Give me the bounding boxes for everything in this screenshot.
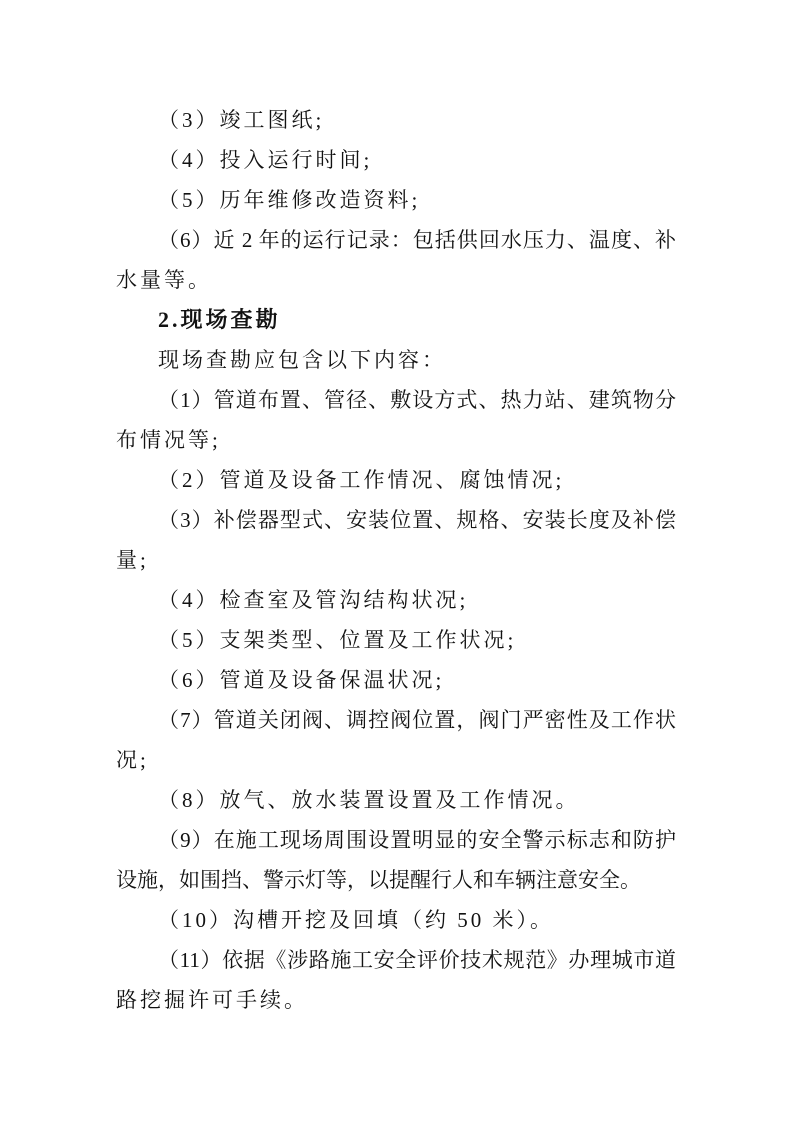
paragraph: （7）管道关闭阀、调控阀位置，阀门严密性及工作状况; (116, 700, 676, 780)
paragraph: （3）补偿器型式、安装位置、规格、安装长度及补偿量; (116, 500, 676, 580)
text-line: （2）管道及设备工作情况、腐蚀情况; (116, 460, 676, 500)
text-line: （3）补偿器型式、安装位置、规格、安装长度及补偿 (116, 500, 676, 540)
text-line: （8）放气、放水装置设置及工作情况。 (116, 780, 676, 820)
text-line: （1）管道布置、管径、敷设方式、热力站、建筑物分 (116, 380, 676, 420)
text-line: （11）依据《涉路施工安全评价技术规范》办理城市道 (116, 940, 676, 980)
document-page: （3）竣工图纸;（4）投入运行时间;（5）历年维修改造资料;（6）近 2 年的运… (0, 0, 793, 1122)
paragraph: （11）依据《涉路施工安全评价技术规范》办理城市道路挖掘许可手续。 (116, 940, 676, 1020)
text-line: 路挖掘许可手续。 (116, 980, 676, 1020)
text-line: 现场查勘应包含以下内容： (116, 340, 676, 380)
paragraph: （2）管道及设备工作情况、腐蚀情况; (116, 460, 676, 500)
document-body: （3）竣工图纸;（4）投入运行时间;（5）历年维修改造资料;（6）近 2 年的运… (116, 100, 676, 1020)
paragraph: （4）投入运行时间; (116, 140, 676, 180)
paragraph: （8）放气、放水装置设置及工作情况。 (116, 780, 676, 820)
text-line: （6）近 2 年的运行记录：包括供回水压力、温度、补 (116, 220, 676, 260)
paragraph: （5）历年维修改造资料; (116, 180, 676, 220)
text-line: 布情况等; (116, 420, 676, 460)
text-line: 况; (116, 740, 676, 780)
paragraph: （9）在施工现场周围设置明显的安全警示标志和防护设施，如围挡、警示灯等，以提醒行… (116, 820, 676, 900)
section-heading: 2.现场查勘 (116, 300, 676, 340)
paragraph: （4）检查室及管沟结构状况; (116, 580, 676, 620)
text-line: （9）在施工现场周围设置明显的安全警示标志和防护 (116, 820, 676, 860)
paragraph: 现场查勘应包含以下内容： (116, 340, 676, 380)
paragraph: （6）管道及设备保温状况; (116, 660, 676, 700)
text-line: （4）投入运行时间; (116, 140, 676, 180)
text-line: 水量等。 (116, 260, 676, 300)
text-line: 量; (116, 540, 676, 580)
paragraph: （10）沟槽开挖及回填（约 50 米）。 (116, 900, 676, 940)
text-line: （5）支架类型、位置及工作状况; (116, 620, 676, 660)
paragraph: （5）支架类型、位置及工作状况; (116, 620, 676, 660)
paragraph: （3）竣工图纸; (116, 100, 676, 140)
text-line: （7）管道关闭阀、调控阀位置，阀门严密性及工作状 (116, 700, 676, 740)
text-line: （6）管道及设备保温状况; (116, 660, 676, 700)
text-line: （4）检查室及管沟结构状况; (116, 580, 676, 620)
text-line: （10）沟槽开挖及回填（约 50 米）。 (116, 900, 676, 940)
text-line: （3）竣工图纸; (116, 100, 676, 140)
text-line: 2.现场查勘 (116, 300, 676, 340)
paragraph: （1）管道布置、管径、敷设方式、热力站、建筑物分布情况等; (116, 380, 676, 460)
text-line: （5）历年维修改造资料; (116, 180, 676, 220)
text-line: 设施，如围挡、警示灯等，以提醒行人和车辆注意安全。 (116, 860, 676, 900)
paragraph: （6）近 2 年的运行记录：包括供回水压力、温度、补水量等。 (116, 220, 676, 300)
